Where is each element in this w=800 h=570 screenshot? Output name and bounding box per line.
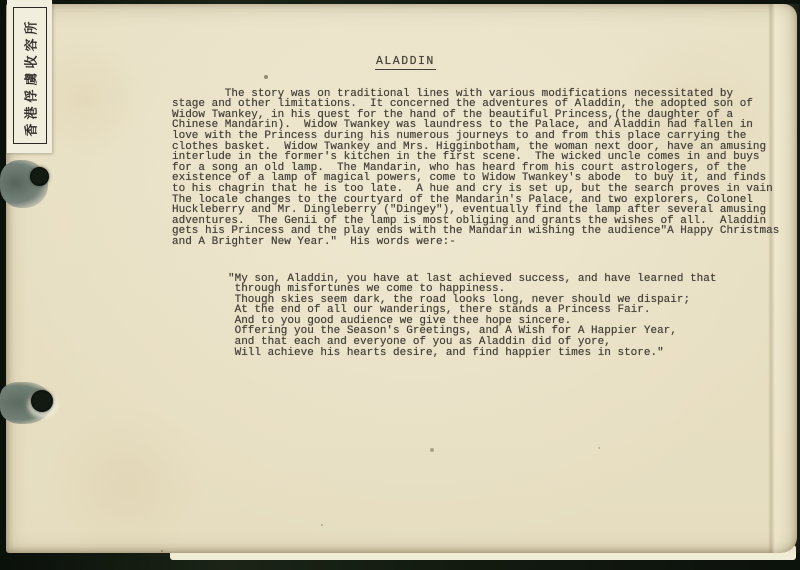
synopsis-line: and A Brighter New Year." His words were… <box>172 237 796 248</box>
title-row: ALADDIN <box>375 57 796 68</box>
stamp-text: 香港俘虜收容所 <box>20 17 39 136</box>
typewritten-text-column: ALADDIN The story was on traditional lin… <box>172 57 796 358</box>
synopsis-paragraph: The story was on traditional lines with … <box>172 89 796 248</box>
document-title: ALADDIN <box>375 55 436 70</box>
verse-block: "My son, Aladdin, you have at last achie… <box>228 274 796 359</box>
punch-hole-bottom <box>31 390 53 412</box>
paper-page: 香港俘虜收容所 ALADDIN The story was on traditi… <box>6 4 797 553</box>
punch-hole-top <box>30 167 49 186</box>
synopsis-line: to his chagrin that he is too late. A hu… <box>172 184 796 195</box>
scanned-document: 香港俘虜收容所 ALADDIN The story was on traditi… <box>0 0 800 570</box>
camp-stamp-label: 香港俘虜收容所 <box>7 0 52 153</box>
verse-line: Will achieve his hearts desire, and find… <box>228 348 796 359</box>
synopsis-line: love with the Princess during his numero… <box>172 131 796 142</box>
